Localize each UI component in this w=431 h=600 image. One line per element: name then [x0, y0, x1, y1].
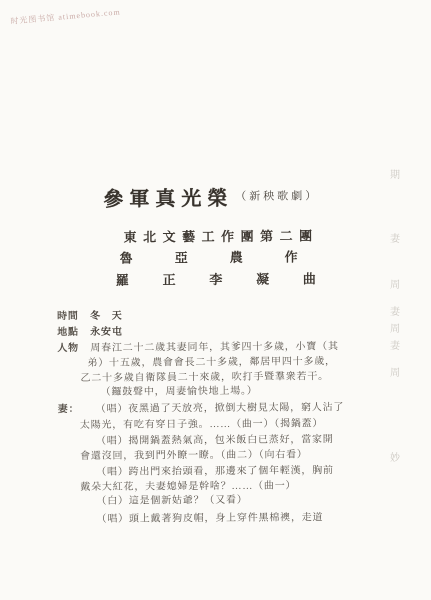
author-credit-char: 農 [230, 247, 243, 266]
place-label: 地點 [57, 323, 79, 338]
cast-label: 人物 [57, 339, 79, 354]
dialogue-line: （唱）頭上戴著狗皮帽，身上穿件黑棉襖，走道 [96, 508, 323, 525]
composer-credit-char: 李 [209, 269, 222, 288]
composer-credit-row: 羅 正 李 凝 曲 [116, 268, 316, 288]
cast-line: 弟）十五歲，農會會長二十多歲，鄰居甲四十多歲， [87, 352, 336, 369]
composer-credit-char: 凝 [256, 269, 269, 288]
margin-glyph: 妻 [390, 337, 400, 352]
margin-glyph: 周 [390, 320, 400, 335]
play-title: 參軍真光榮 [103, 182, 233, 212]
dialogue-line: 會還沒回，我到門外瞭一瞭。（曲二）（向右看） [80, 445, 308, 462]
scanned-page: 时光图书馆 atimebook.com 參軍真光榮 （新秧歌劇） 東北文藝工作團… [0, 0, 431, 600]
time-value: 冬 天 [90, 307, 123, 322]
author-credit-row: 魯 亞 農 作 [120, 246, 298, 266]
stage-direction: （鑼鼓聲中，周妻愉快地上場。） [101, 382, 258, 398]
margin-glyph: 周 [390, 364, 400, 379]
author-credit-char: 魯 [120, 248, 133, 267]
time-label: 時間 [57, 307, 79, 322]
composer-credit-char: 曲 [303, 268, 316, 287]
dialogue-line: 太陽光，有吃有穿日子強。……（曲一）（揭鍋蓋） [80, 414, 324, 431]
composer-credit-char: 羅 [116, 270, 129, 289]
author-credit-char: 作 [285, 246, 298, 265]
margin-glyph: 周 [390, 276, 400, 291]
composer-credit-char: 正 [163, 269, 176, 288]
cast-line: 周春江二十二歲其妻同年，其爹四十多歲，小寶（其 [90, 337, 339, 354]
troupe-line: 東北文藝工作團第二團 [123, 225, 318, 245]
page-content: 參軍真光榮 （新秧歌劇） 東北文藝工作團第二團 魯 亞 農 作 羅 正 李 凝 … [0, 0, 431, 600]
dialogue-line: （唱）夜黑過了天放亮，掀倒大樹見太陽，窮人沾了 [96, 398, 345, 415]
dialogue-line: （白）這是個新姑爺？（又看） [96, 491, 247, 507]
margin-glyph: 期 [390, 166, 400, 181]
dialogue-line: （唱）揭開鍋蓋熱氣高，包米飯白已蒸好，當家開 [96, 430, 334, 447]
author-credit-char: 亞 [175, 247, 188, 266]
margin-glyph: 妙 [390, 449, 400, 464]
margin-glyph: 妻 [390, 230, 400, 245]
play-genre-note: （新秧歌劇） [235, 187, 319, 204]
place-value: 永安屯 [90, 323, 123, 338]
speaker-label: 妻： [58, 400, 80, 415]
dialogue-line: （唱）跨出門來抬頭看，那邊來了個年輕漢，胸前 [96, 461, 334, 478]
margin-glyph: 妻 [390, 303, 400, 318]
